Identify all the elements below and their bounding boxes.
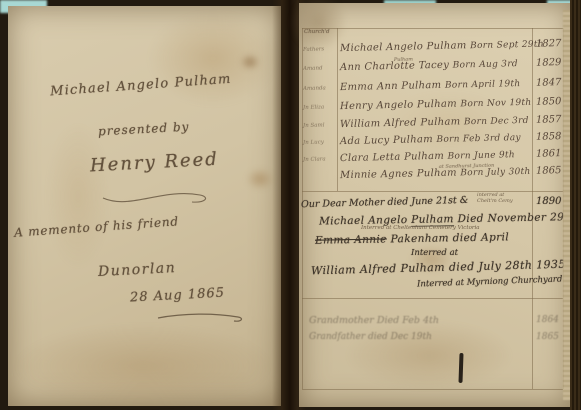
inscription-place: Dunorlan bbox=[98, 260, 177, 280]
birth-entry: Minnie Agnes Pulham Born July 30th bbox=[340, 166, 531, 181]
birth-year: 1847 bbox=[536, 77, 562, 89]
paper-stain bbox=[18, 326, 268, 406]
birth-entry: William Alfred Pulham Born Dec 3rd bbox=[340, 115, 529, 130]
left-page: Michael Angelo Pulham presented by Henry… bbox=[8, 6, 281, 406]
birth-row: Fathers Michael Angelo Pulham Born Sept … bbox=[299, 38, 571, 58]
register-deaths-divider bbox=[302, 298, 563, 299]
birth-entry: Michael Angelo Pulham Born Sept 29th bbox=[340, 39, 544, 55]
register-bottom-rule bbox=[302, 389, 563, 390]
birth-entry: Emma Ann Pulham Born April 19th bbox=[340, 78, 521, 93]
inscription-owner-name: Michael Angelo Pulham bbox=[50, 72, 232, 100]
paper-stain bbox=[246, 168, 274, 190]
birth-row: Amand Pulham Ann Charlotte Tacey Born Au… bbox=[299, 57, 571, 77]
margin-note: Fathers bbox=[303, 47, 324, 53]
birth-row: at Sandhurst Junction Minnie Agnes Pulha… bbox=[299, 165, 571, 185]
birth-entry: Ann Charlotte Tacey Born Aug 3rd bbox=[340, 58, 518, 73]
inscription-date: 28 Aug 1865 bbox=[130, 286, 226, 306]
death-entry-emma: Emma Annie Pakenham died April bbox=[315, 231, 509, 246]
inscription-presented-by: presented by bbox=[98, 120, 190, 139]
margin-note: Jn Lucy bbox=[303, 140, 324, 146]
emma-interred-note: Interred at bbox=[411, 248, 458, 258]
inscription-memento: A memento of his friend bbox=[14, 214, 180, 239]
grandmother-year: 1864 bbox=[536, 315, 559, 325]
signature-flourish bbox=[100, 186, 215, 210]
birth-year: 1827 bbox=[536, 38, 562, 50]
mother-interred-note: interred at Chelt'm Cemy bbox=[477, 192, 513, 204]
register-top-rule bbox=[302, 28, 563, 29]
book-photo: Michael Angelo Pulham presented by Henry… bbox=[0, 0, 581, 410]
book-cover-edge bbox=[570, 0, 581, 410]
birth-year: 1861 bbox=[536, 148, 562, 160]
paper-stain bbox=[240, 54, 260, 70]
date-underline-flourish bbox=[156, 310, 248, 324]
margin-note: Jn Clara bbox=[303, 156, 326, 163]
grandfather-year: 1865 bbox=[536, 332, 559, 342]
death-entry-mother: Our Dear Mother died June 21st & bbox=[301, 195, 469, 210]
birth-entry: Ada Lucy Pulham Born Feb 3rd day bbox=[340, 132, 521, 147]
ink-stroke-mark bbox=[458, 353, 463, 383]
birth-year: 1857 bbox=[536, 114, 562, 126]
birth-year: 1858 bbox=[536, 131, 562, 143]
william-interred-note: Interred at Myrniong Churchyard bbox=[417, 274, 563, 289]
register-births-divider bbox=[302, 191, 563, 192]
margin-note: Amanda bbox=[303, 85, 326, 92]
birth-row: Jn Eliza Henry Angelo Pulham Born Nov 19… bbox=[299, 96, 571, 116]
death-entry-william: William Alfred Pulham died July 28th 193… bbox=[311, 258, 566, 278]
inscription-signature: Henry Reed bbox=[90, 149, 220, 177]
right-page: Church'd Fathers Michael Angelo Pulham B… bbox=[299, 3, 571, 407]
grandfather-entry: Grandfather died Dec 19th bbox=[309, 332, 432, 342]
margin-header-note: Church'd bbox=[304, 29, 330, 35]
mother-death-year: 1890 bbox=[536, 196, 561, 207]
margin-note: Jn Saml bbox=[303, 123, 325, 129]
margin-note: Jn Eliza bbox=[303, 105, 324, 111]
paper-stain bbox=[48, 126, 108, 266]
margin-note: Amand bbox=[303, 66, 323, 72]
birth-year: 1829 bbox=[536, 57, 562, 69]
birth-row: Amanda Emma Ann Pulham Born April 19th 1… bbox=[299, 77, 571, 97]
birth-year: 1850 bbox=[536, 96, 562, 108]
paper-stain bbox=[148, 11, 278, 106]
grandmother-entry: Grandmother Died Feb 4th bbox=[309, 315, 439, 326]
father-interred-note: Interred at Cheltenham Cemetery Victoria bbox=[361, 225, 480, 231]
birth-entry: Henry Angelo Pulham Born Nov 19th bbox=[340, 97, 532, 112]
birth-year: 1865 bbox=[536, 165, 562, 177]
